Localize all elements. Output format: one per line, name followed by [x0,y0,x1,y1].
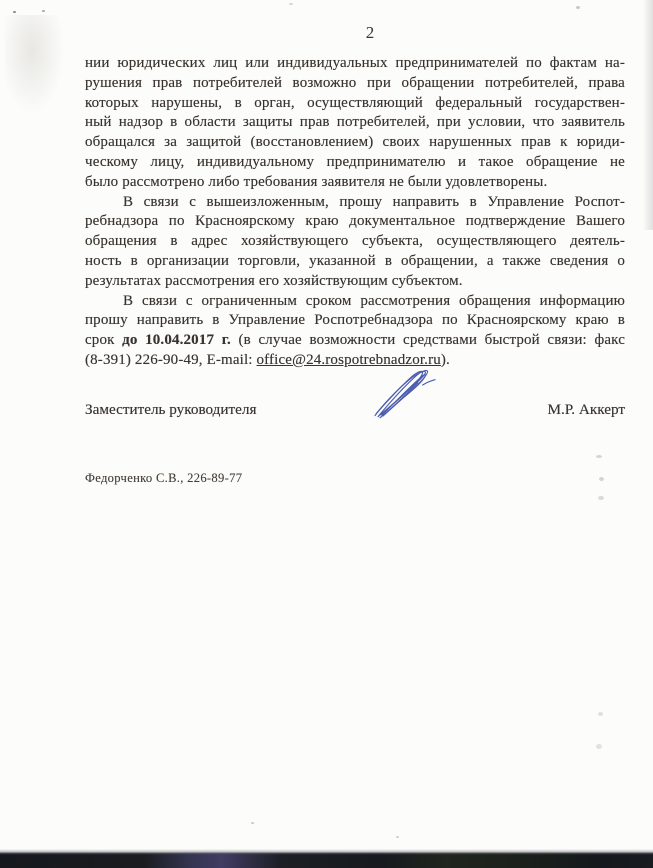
deadline-date: до 10.04.2017 г. [122,332,231,348]
body-line: было рассмотрено либо требования заявите… [85,173,625,193]
body-line: ность в организации торговли, указанной … [85,252,625,272]
body-line: которых нарушены, в орган, осуществляющи… [85,94,625,114]
scan-artifact [598,496,604,500]
body-line: обращения в адрес хозяйствующего субъект… [85,232,625,252]
scan-artifact [396,836,399,838]
fax-number: (8-391) 226-90-49, E-mail: [85,352,257,368]
body-line: ный надзор в области защиты прав потреби… [85,113,625,133]
contacts-text-post: ). [441,352,450,368]
signer-position-title: Заместитель руководителя [85,401,256,419]
signature-block: Заместитель руководителя М.Р. Аккерт [85,401,625,419]
letter-body: 2 нии юридических лиц или индивидуальных… [85,22,625,486]
handwritten-signature-icon [365,365,440,432]
body-line: прошу направить в Управление Роспотребна… [85,311,625,331]
scan-artifact [598,712,603,716]
executor-contact: Федорченко С.В., 226-89-77 [85,471,625,486]
page-number: 2 [85,22,625,44]
scan-edge-shadow-right [643,0,653,230]
scanned-letter-page: 2 нии юридических лиц или индивидуальных… [0,0,653,868]
scan-artifact [251,822,254,824]
deadline-text-post: (в случае возможности средствами быстрой… [231,332,625,348]
body-line: В связи с ограниченным сроком рассмотрен… [85,292,625,312]
scan-artifact-smudge [5,15,65,115]
body-line-contacts: (8-391) 226-90-49, E-mail: office@24.ros… [85,351,625,371]
body-line: ческому лицу, индивидуальному предприним… [85,153,625,173]
body-line: результатах рассмотрения его хозяйствующ… [85,272,625,292]
scan-artifact [289,3,293,5]
scan-artifact [576,6,580,9]
email-address: office@24.rospotrebnadzor.ru [257,352,441,368]
scan-artifact [596,744,602,749]
deadline-text-pre: срок [85,332,122,348]
body-line: обращался за защитой (восстановлением) с… [85,133,625,153]
scan-artifact [42,10,45,12]
body-line: В связи с вышеизложенным, прошу направит… [85,193,625,213]
body-line: нии юридических лиц или индивидуальных п… [85,54,625,74]
signer-name: М.Р. Аккерт [547,401,625,419]
scan-artifact [13,11,16,13]
body-line: рушения прав потребителей возможно при о… [85,74,625,94]
body-line: ребнадзора по Красноярскому краю докумен… [85,212,625,232]
body-line-deadline: срок до 10.04.2017 г. (в случае возможно… [85,331,625,351]
scanner-edge-shadow [0,852,653,868]
